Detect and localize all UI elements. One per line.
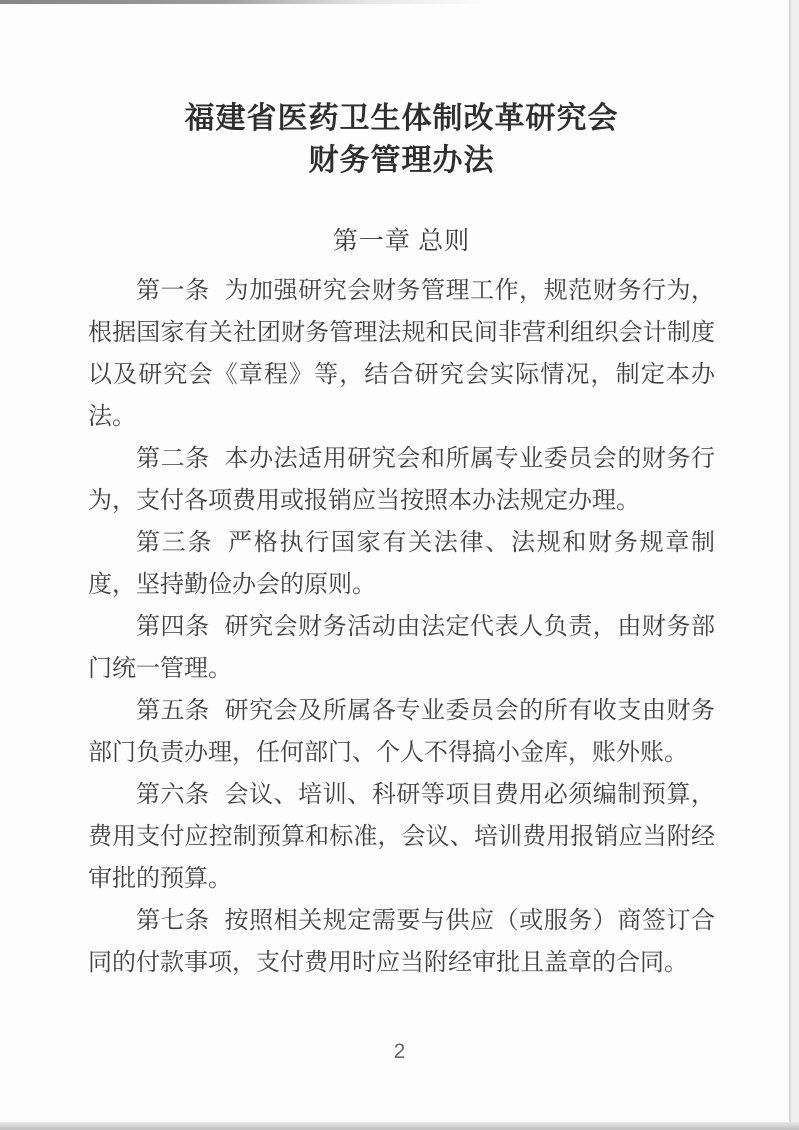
article-label-7: 第七条 [136,908,210,934]
scan-right-edge-artifact [789,0,799,1130]
article-paragraph-6: 第六条会议、培训、科研等项目费用必须编制预算，费用支付应控制预算和标准，会议、培… [88,774,715,900]
document-title-line-1: 福建省医药卫生体制改革研究会 [88,98,715,140]
page-number: 2 [0,1040,799,1064]
article-paragraph-7: 第七条按照相关规定需要与供应（或服务）商签订合同的付款事项，支付费用时应当附经审… [88,900,715,984]
page-content: 福建省医药卫生体制改革研究会 财务管理办法 第一章 总则 第一条为加强研究会财务… [88,0,715,984]
scan-bottom-edge-artifact [0,1122,799,1130]
chapter-heading: 第一章 总则 [88,228,715,256]
article-paragraph-4: 第四条研究会财务活动由法定代表人负责，由财务部门统一管理。 [88,606,715,690]
article-paragraph-3: 第三条严格执行国家有关法律、法规和财务规章制度，坚持勤俭办会的原则。 [88,522,715,606]
article-label-3: 第三条 [136,530,213,556]
article-paragraph-5: 第五条研究会及所属各专业委员会的所有收支由财务部门负责办理，任何部门、个人不得搞… [88,690,715,774]
document-title: 福建省医药卫生体制改革研究会 财务管理办法 [88,98,715,182]
article-paragraph-2: 第二条本办法适用研究会和所属专业委员会的财务行为，支付各项费用或报销应当按照本办… [88,438,715,522]
article-label-1: 第一条 [136,278,210,304]
article-label-2: 第二条 [136,446,210,472]
article-body: 第一条为加强研究会财务管理工作，规范财务行为，根据国家有关社团财务管理法规和民间… [88,270,715,984]
article-paragraph-1: 第一条为加强研究会财务管理工作，规范财务行为，根据国家有关社团财务管理法规和民间… [88,270,715,438]
article-label-5: 第五条 [136,698,210,724]
article-label-6: 第六条 [136,782,210,808]
article-label-4: 第四条 [136,614,210,640]
document-title-line-2: 财务管理办法 [88,140,715,182]
